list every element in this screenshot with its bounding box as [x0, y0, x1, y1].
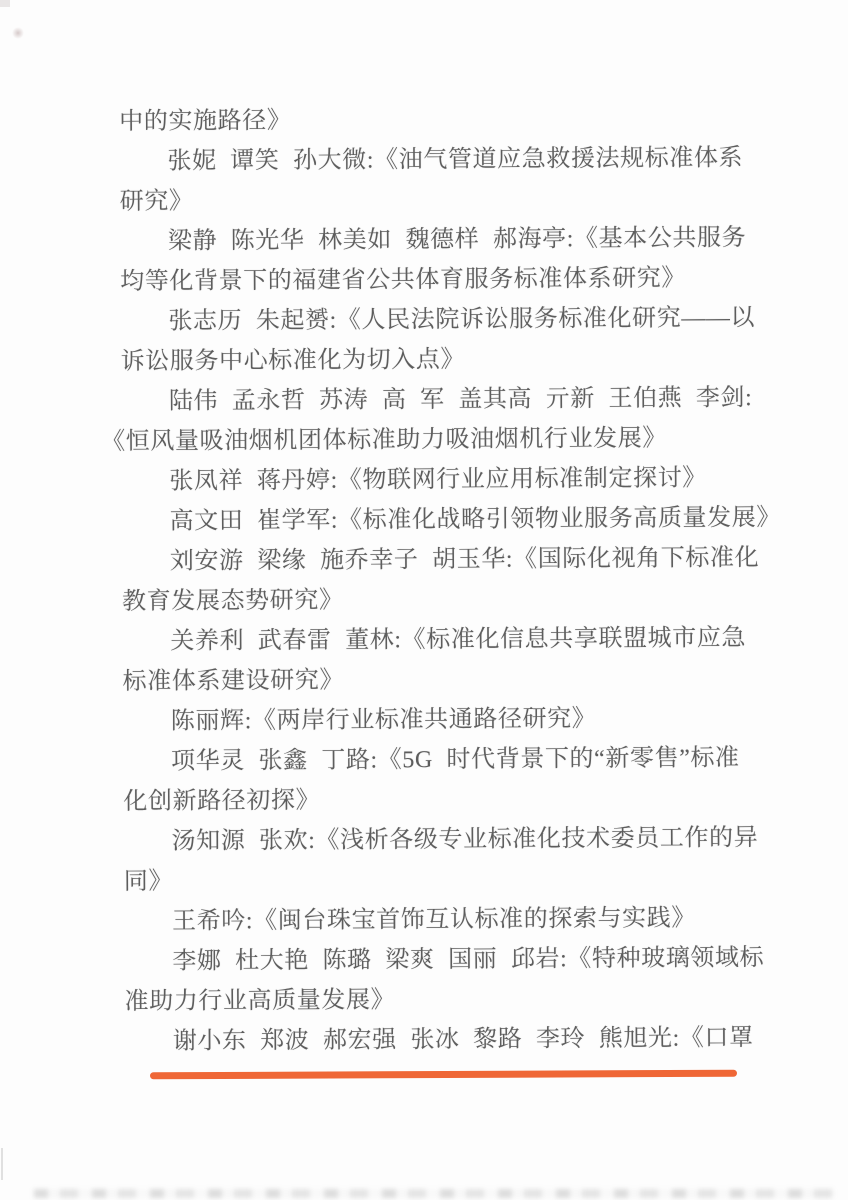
text-line-17: 项华灵 张鑫 丁路:《5G 时代背景下的“新零售”标准: [123, 738, 763, 782]
scanned-document-page: 中的实施路径》张妮 谭笑 孙大微:《油气管道应急救援法规标准体系研究》梁静 陈光…: [0, 0, 848, 1200]
text-line-11: 高文田 崔学军:《标准化战略引领物业服务高质量发展》: [122, 498, 762, 542]
scan-edge-artifact: [1, 1148, 3, 1180]
text-line-22: 李娜 杜大艳 陈璐 梁爽 国丽 邱岩:《特种玻璃领域标: [124, 938, 764, 982]
text-line-20: 同》: [124, 858, 764, 902]
emphasis-underline: [150, 1070, 737, 1080]
text-line-21: 王希吟:《闽台珠宝首饰互认标准的探索与实践》: [124, 898, 764, 942]
text-line-3: 研究》: [120, 178, 760, 222]
scan-bleed-next-line-artifact: [34, 1189, 834, 1198]
text-line-13: 教育发展态势研究》: [122, 578, 762, 622]
scan-artifact-corner-speck: [0, 0, 10, 7]
text-line-23: 准助力行业高质量发展》: [124, 978, 764, 1022]
scan-artifact-speck: [12, 27, 24, 39]
text-line-4: 梁静 陈光华 林美如 魏德样 郝海亭:《基本公共服务: [120, 218, 760, 262]
text-line-8: 陆伟 孟永哲 苏涛 高 军 盖其高 亓新 王伯燕 李剑:: [121, 378, 761, 422]
text-line-16: 陈丽辉:《两岸行业标准共通路径研究》: [123, 698, 763, 742]
text-line-5: 均等化背景下的福建省公共体育服务标准体系研究》: [120, 258, 760, 302]
text-line-10: 张凤祥 蒋丹婷:《物联网行业应用标准制定探讨》: [121, 458, 761, 502]
text-line-1: 中的实施路径》: [119, 98, 759, 142]
text-line-7: 诉讼服务中心标准化为切入点》: [121, 338, 761, 382]
text-line-19: 汤知源 张欢:《浅析各级专业标准化技术委员工作的异: [123, 818, 763, 862]
text-line-6: 张志历 朱起赟:《人民法院诉讼服务标准化研究——以: [120, 298, 760, 342]
text-line-15: 标准体系建设研究》: [122, 658, 762, 702]
text-line-12: 刘安游 梁缘 施乔幸子 胡玉华:《国际化视角下标准化: [122, 538, 762, 582]
text-line-9: 《恒风量吸油烟机团体标准助力吸油烟机行业发展》: [101, 418, 761, 462]
text-line-24: 谢小东 郑波 郝宏强 张冰 黎路 李玲 熊旭光:《口罩: [125, 1018, 765, 1062]
text-line-14: 关养利 武春雷 董林:《标准化信息共享联盟城市应急: [122, 618, 762, 662]
document-text-block: 中的实施路径》张妮 谭笑 孙大微:《油气管道应急救援法规标准体系研究》梁静 陈光…: [119, 98, 765, 1062]
text-line-18: 化创新路径初探》: [123, 778, 763, 822]
text-line-2: 张妮 谭笑 孙大微:《油气管道应急救援法规标准体系: [119, 138, 759, 182]
